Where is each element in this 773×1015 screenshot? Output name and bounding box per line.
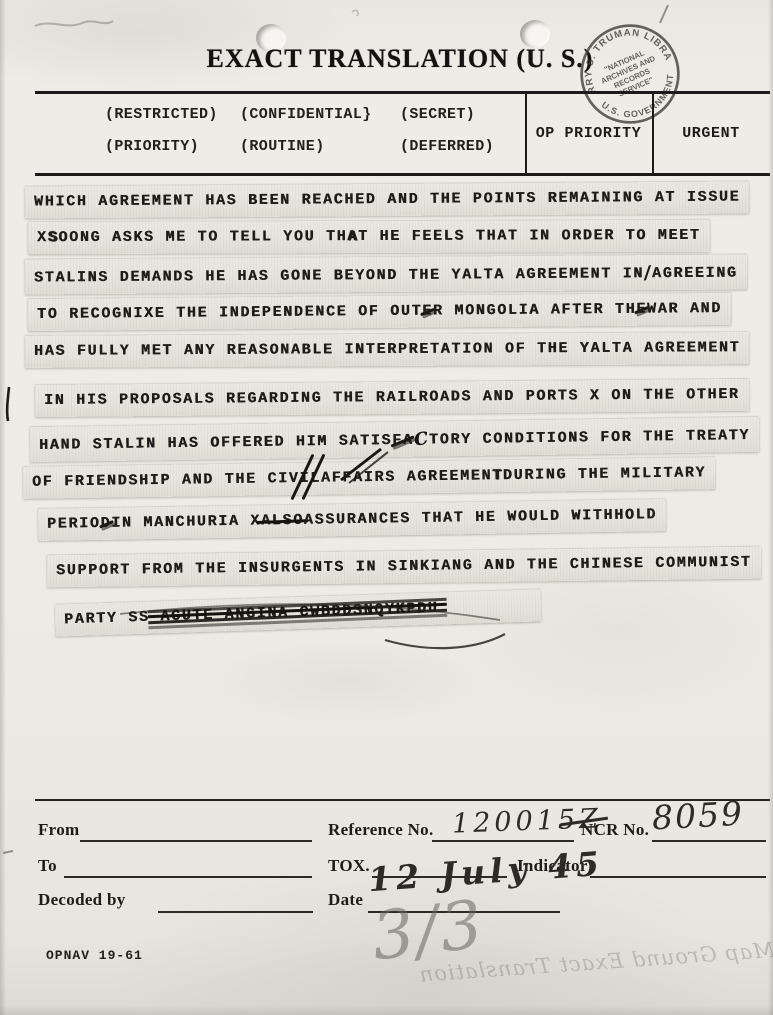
mark-penover: D: [100, 515, 111, 532]
decoded-by-field-line: [158, 911, 313, 913]
to-field-line: [64, 876, 312, 878]
message-line: TO RECOGNIXE THE INDEPENDENCE OF OUTER M…: [28, 293, 731, 331]
ncr-no-value: 8059: [651, 794, 745, 838]
tox-label: TOX.: [328, 856, 370, 876]
message-line: OF FRIENDSHIP AND THE CIVIL AFFAIRS AGRE…: [23, 457, 716, 499]
message-line: HAND STALIN HAS OFFERED HIM SATISFACTORY…: [30, 417, 759, 462]
to-label: To: [38, 856, 57, 876]
document-page: EXACT TRANSLATION (U. S.) HARRY S. TRUMA…: [0, 0, 773, 1015]
mark-penover: E: [636, 301, 647, 318]
decoded-by-label: Decoded by: [38, 890, 126, 910]
reference-no-label: Reference No.: [328, 820, 434, 840]
from-label: From: [38, 820, 79, 840]
pencil-dash-left: [3, 851, 13, 853]
form-number: OPNAV 19-61: [46, 948, 143, 963]
message-line: X SOONG ASKS ME TO TELL YOU THAT HE FEEL…: [28, 220, 710, 254]
mark-scribble: UTE ANGINA CWBDDSNQYKPDU: [181, 600, 438, 625]
message-line: IN HIS PROPOSALS REGARDING THE RAILROADS…: [35, 379, 749, 417]
mark-ov: A: [347, 228, 358, 245]
mark-strike: ALSO: [261, 512, 304, 530]
date-label: Date: [328, 890, 363, 910]
message-strips: WHICH AGREEMENT HAS BEEN REACHED AND THE…: [0, 0, 773, 700]
message-line: STALINS DEMANDS HE HAS GONE BEYOND THE Y…: [25, 254, 747, 294]
ncr-no-field-line: [652, 840, 766, 842]
message-line: SUPPORT FROM THE INSURGENTS IN SINKIANG …: [47, 547, 761, 588]
mark-penover: E: [422, 303, 433, 320]
reference-no-field-line: [432, 840, 574, 842]
from-field-line: [80, 840, 312, 842]
mark-ov: T: [492, 467, 503, 484]
date-value: 12 July 45: [367, 844, 605, 899]
mark-ov: S: [48, 229, 59, 246]
mark-penslash: IL: [299, 470, 321, 487]
bleedthrough-handwriting: Map Ground Exact Translation: [485, 938, 773, 982]
message-line: PERIOD IN MANCHURIA X ALSO ASSURANCES TH…: [38, 499, 666, 541]
indicator-field-line: [590, 876, 766, 878]
message-line: HAS FULLY MET ANY REASONABLE INTERPRETAT…: [25, 332, 749, 368]
reference-no-value: 120015Z: [452, 803, 603, 839]
mark-pen: C: [412, 429, 430, 451]
message-line: WHICH AGREEMENT HAS BEEN REACHED AND THE…: [25, 181, 750, 218]
message-line: PARTY SS ACUTE ANGINA CWBDDSNQYKPDU: [55, 589, 542, 636]
mark-penover: FA: [392, 432, 414, 449]
